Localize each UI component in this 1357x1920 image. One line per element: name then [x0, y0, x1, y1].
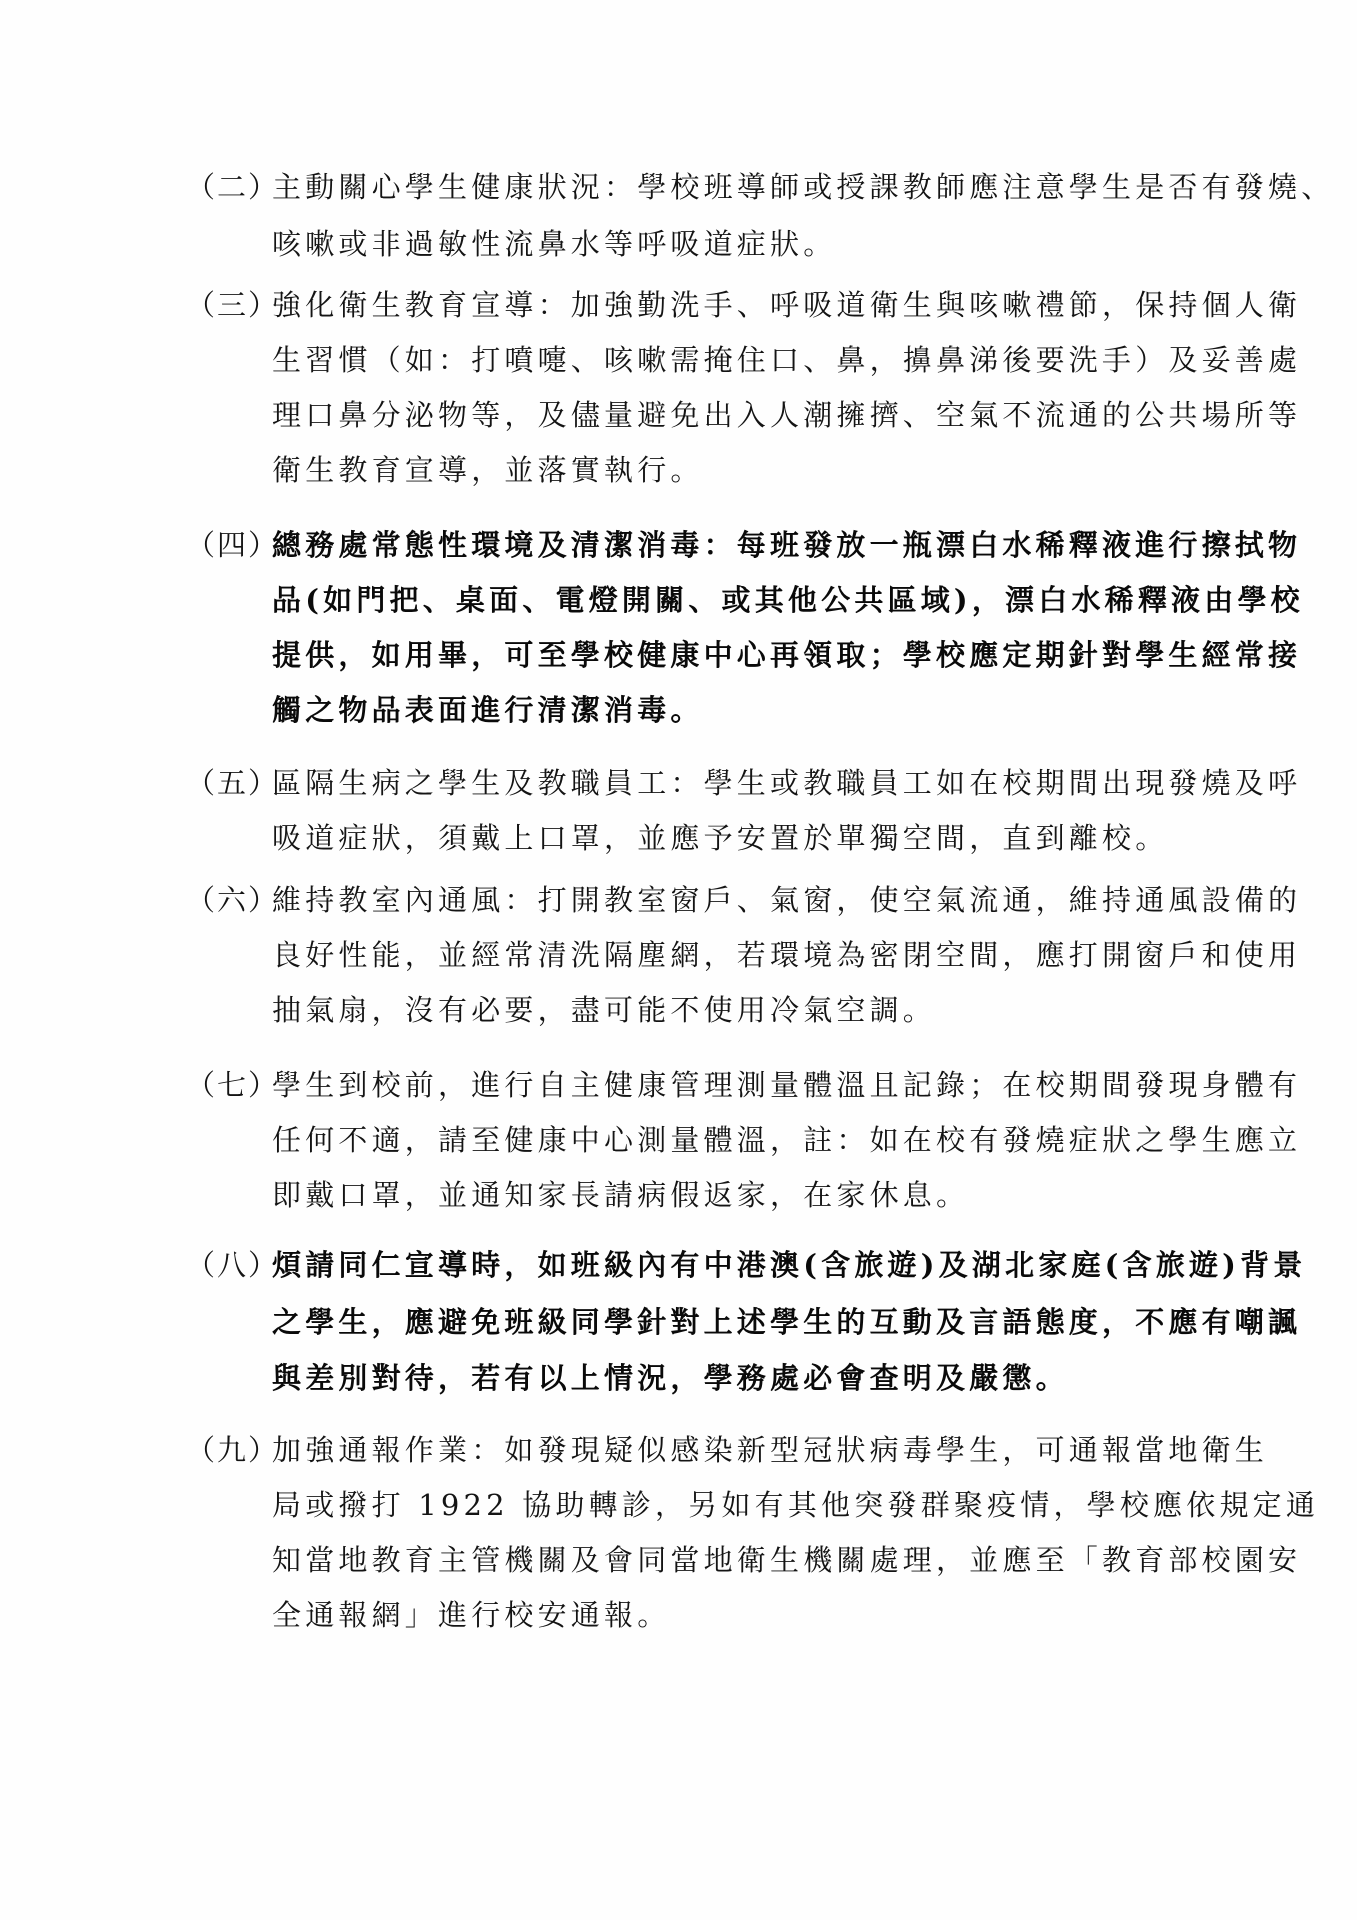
section-text-line: 抽氣扇，沒有必要，盡可能不使用冷氣空調。: [272, 990, 936, 1030]
section-text-line: 全通報網」進行校安通報。: [272, 1595, 670, 1635]
section-text-line: 咳嗽或非過敏性流鼻水等呼吸道症狀。: [272, 224, 836, 264]
section-label: （九）: [186, 1430, 279, 1470]
section-label: （五）: [186, 763, 279, 803]
section-label: （六）: [186, 880, 279, 920]
document-page: （二） 主動關心學生健康狀況：學校班導師或授課教師應注意學生是否有發燒、 咳嗽或…: [0, 0, 1357, 1920]
section-text-line: 生習慣（如：打噴嚏、咳嗽需掩住口、鼻，擤鼻涕後要洗手）及妥善處: [272, 340, 1301, 380]
section-text-line: 主動關心學生健康狀況：學校班導師或授課教師應注意學生是否有發燒、: [272, 167, 1334, 207]
section-text-line: 加強通報作業：如發現疑似感染新型冠狀病毒學生，可通報當地衛生: [272, 1430, 1268, 1470]
section-text-line: 知當地教育主管機關及會同當地衛生機關處理，並應至「教育部校園安: [272, 1540, 1301, 1580]
section-text-line: 理口鼻分泌物等，及儘量避免出入人潮擁擠、空氣不流通的公共場所等: [272, 395, 1301, 435]
section-text-line: 學生到校前，進行自主健康管理測量體溫且記錄；在校期間發現身體有: [272, 1065, 1301, 1105]
section-label: （八）: [186, 1245, 279, 1285]
section-text-line: 區隔生病之學生及教職員工：學生或教職員工如在校期間出現發燒及呼: [272, 763, 1301, 803]
section-text-line: 強化衛生教育宣導：加強勤洗手、呼吸道衛生與咳嗽禮節，保持個人衛: [272, 285, 1301, 325]
section-text-line: 與差別對待，若有以上情況，學務處必會查明及嚴懲。: [272, 1358, 1069, 1398]
section-text-line: 衛生教育宣導，並落實執行。: [272, 450, 704, 490]
section-text-line: 提供，如用畢，可至學校健康中心再領取；學校應定期針對學生經常接: [272, 635, 1301, 675]
section-label: （三）: [186, 285, 279, 325]
section-text-line: 吸道症狀，須戴上口罩，並應予安置於單獨空間，直到離校。: [272, 818, 1168, 858]
section-text-line: 觸之物品表面進行清潔消毒。: [272, 690, 704, 730]
section-text-line: 煩請同仁宣導時，如班級內有中港澳(含旅遊)及湖北家庭(含旅遊)背景: [272, 1245, 1307, 1285]
section-text-line: 任何不適，請至健康中心測量體溫，註：如在校有發燒症狀之學生應立: [272, 1120, 1301, 1160]
section-text-line: 之學生，應避免班級同學針對上述學生的互動及言語態度，不應有嘲諷: [272, 1302, 1301, 1342]
section-text-line: 品(如門把、桌面、電燈開關、或其他公共區域)，漂白水稀釋液由學校: [272, 580, 1304, 620]
section-label: （七）: [186, 1065, 279, 1105]
section-label: （四）: [186, 525, 279, 565]
section-label: （二）: [186, 167, 279, 207]
section-text-line: 良好性能，並經常清洗隔塵網，若環境為密閉空間，應打開窗戶和使用: [272, 935, 1301, 975]
section-text-line: 即戴口罩，並通知家長請病假返家，在家休息。: [272, 1175, 969, 1215]
section-text-line: 總務處常態性環境及清潔消毒：每班發放一瓶漂白水稀釋液進行擦拭物: [272, 525, 1301, 565]
section-text-line: 維持教室內通風：打開教室窗戶、氣窗，使空氣流通，維持通風設備的: [272, 880, 1301, 920]
section-text-line: 局或撥打 1922 協助轉診，另如有其他突發群聚疫情，學校應依規定通: [272, 1485, 1319, 1525]
